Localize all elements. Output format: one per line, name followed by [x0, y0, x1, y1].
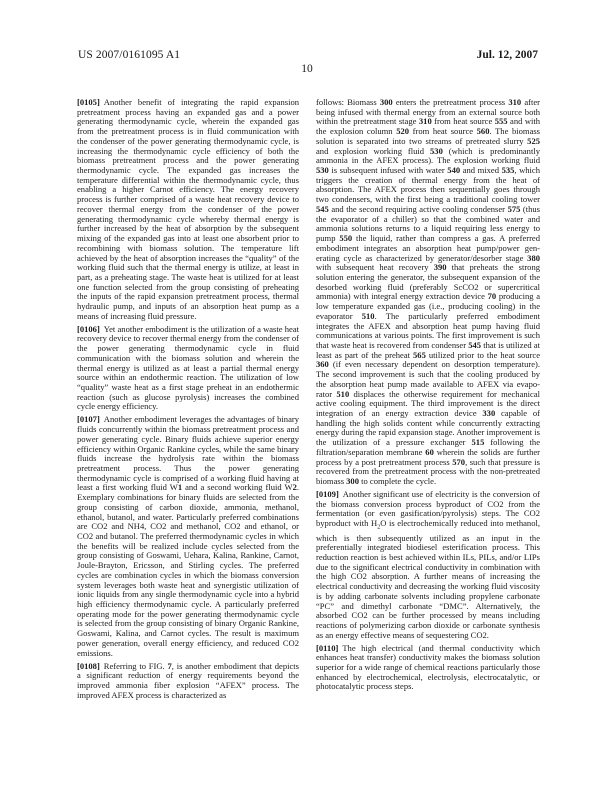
paragraph-text: . Exemplary combinations for binary flui…	[77, 482, 299, 657]
reference-numeral: 530	[316, 165, 329, 175]
reference-numeral: 70	[488, 291, 497, 301]
reference-numeral: 60	[425, 447, 434, 457]
publication-number: US 2007/0161095 A1	[78, 49, 180, 61]
paragraph-0110: [0110]The high electrical (and thermal c…	[316, 644, 540, 693]
paragraph-text: from heat source	[409, 126, 477, 136]
reference-numeral: 570	[452, 457, 465, 467]
paragraph-number: [0107]	[77, 414, 100, 424]
reference-numeral: 300	[380, 97, 393, 107]
paragraph-number: [0106]	[77, 324, 100, 334]
paragraph-text: utilized prior to the heat source	[426, 350, 540, 360]
reference-numeral: 310	[419, 116, 432, 126]
reference-numeral: 535	[502, 165, 515, 175]
reference-numeral: 510	[362, 311, 375, 321]
left-column: [0105]Another benefit of integrating the…	[77, 98, 299, 704]
reference-numeral: 310	[508, 97, 521, 107]
paragraph-0109: [0109]Another significant use of electri…	[316, 490, 540, 640]
reference-numeral: 530	[430, 146, 443, 156]
page-number: 10	[0, 63, 614, 75]
paragraph-text: with subsequent heat recovery	[316, 262, 434, 272]
paragraph-text: The high electrical (and thermal conduct…	[316, 643, 540, 692]
reference-numeral: 575	[508, 204, 521, 214]
paragraph-text: to complete the cycle.	[359, 476, 436, 486]
reference-numeral: 540	[447, 165, 460, 175]
paragraph-text: follows: Biomass	[316, 97, 380, 107]
reference-numeral: 300	[346, 476, 359, 486]
paragraph-text: enters the pretreatment process	[393, 97, 509, 107]
paragraph-text: and explosion working fluid	[316, 146, 430, 156]
paragraph-text: Yet another embodiment is the utilizatio…	[77, 324, 299, 412]
paragraph-0106: [0106]Yet another embodiment is the util…	[77, 325, 299, 412]
paragraph-text: Another embodiment leverages the advanta…	[77, 414, 299, 492]
reference-numeral: 555	[495, 116, 508, 126]
paragraph-0108-continued: follows: Biomass 300 enters the pretreat…	[316, 98, 540, 487]
paragraph-text: and a second working fluid W	[182, 482, 292, 492]
reference-numeral: 545	[316, 204, 329, 214]
reference-numeral: 360	[316, 359, 329, 369]
paragraph-number: [0105]	[77, 97, 100, 107]
paragraph-text: Referring to FIG.	[104, 661, 168, 671]
right-column: follows: Biomass 300 enters the pretreat…	[316, 98, 540, 695]
reference-numeral: 520	[396, 126, 409, 136]
reference-numeral: 525	[527, 136, 540, 146]
paragraph-0105: [0105]Another benefit of integrating the…	[77, 98, 299, 322]
reference-numeral: 390	[434, 262, 447, 272]
paragraph-text: O is electrochemically reduced into meth…	[316, 518, 540, 640]
paragraph-text: is subsequent infused with water	[329, 165, 447, 175]
reference-numeral: 550	[339, 233, 352, 243]
reference-numeral: 380	[527, 253, 540, 263]
reference-numeral: 510	[336, 389, 349, 399]
paragraph-number: [0108]	[77, 661, 100, 671]
reference-numeral: 515	[472, 437, 485, 447]
paragraph-text: Another benefit of integrating the rapid…	[77, 97, 299, 321]
reference-numeral: 565	[413, 350, 426, 360]
paragraph-number: [0109]	[316, 489, 339, 499]
paragraph-0107: [0107]Another embodiment leverages the a…	[77, 415, 299, 658]
paragraph-text: and the second requiring active cooling …	[329, 204, 508, 214]
paragraph-text: and mixed	[460, 165, 501, 175]
paragraph-0108: [0108]Referring to FIG. 7, is another em…	[77, 662, 299, 701]
paragraph-number: [0110]	[316, 643, 338, 653]
publication-date: Jul. 12, 2007	[477, 49, 538, 61]
reference-numeral: 330	[482, 408, 495, 418]
paragraph-text: from heat source	[432, 116, 495, 126]
reference-numeral: 545	[468, 340, 481, 350]
reference-numeral: 560	[477, 126, 490, 136]
